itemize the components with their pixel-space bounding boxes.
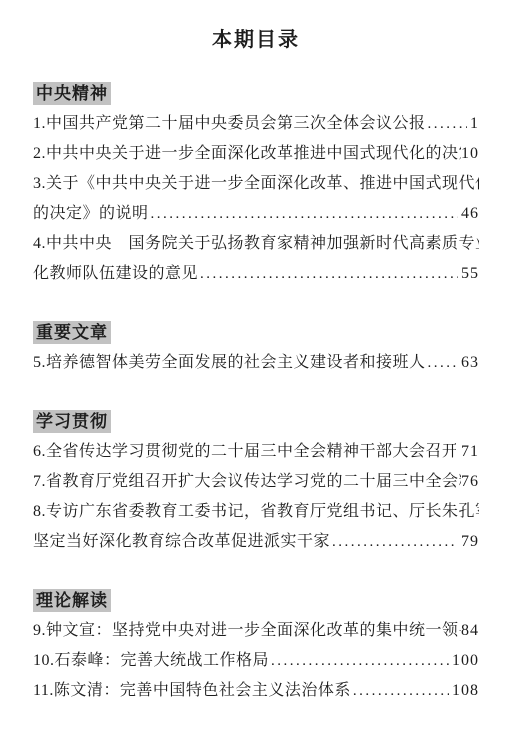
section-items: 6.全省传达学习贯彻党的二十届三中全会精神干部大会召开 ............… [33,437,479,557]
page-title: 本期目录 [33,26,479,54]
toc-page-number: 100 [452,646,479,676]
toc-item-text: 6.全省传达学习贯彻党的二十届三中全会精神干部大会召开 [33,437,456,467]
toc-item-text: 10.石泰峰：完善大统战工作格局 [33,646,269,676]
toc-page-number: 46 [461,199,479,229]
dot-leader: ........................................… [428,109,467,139]
toc-section-study-implement: 学习贯彻 6.全省传达学习贯彻党的二十届三中全会精神干部大会召开 .......… [33,410,479,557]
toc-item-text: 化教师队伍建设的意见 [33,259,198,289]
dot-leader: ........................................… [271,646,449,676]
section-items: 1.中国共产党第二十届中央委员会第三次全体会议公报 ..............… [33,109,479,289]
toc-page-number: 79 [461,527,479,557]
dot-leader: ........................................… [200,259,458,289]
toc-item-text: 1.中国共产党第二十届中央委员会第三次全体会议公报 [33,109,426,139]
toc-page-number: 71 [461,437,479,467]
toc-item: 6.全省传达学习贯彻党的二十届三中全会精神干部大会召开 ............… [33,437,479,467]
section-items: 9.钟文宣：坚持党中央对进一步全面深化改革的集中统一领导 84 10.石泰峰：完… [33,616,479,706]
toc-item: 1.中国共产党第二十届中央委员会第三次全体会议公报 ..............… [33,109,479,139]
section-title: 学习贯彻 [33,410,111,433]
section-title: 中央精神 [33,82,111,105]
dot-leader: ........................................… [332,527,458,557]
toc-item-text: 9.钟文宣：坚持党中央对进一步全面深化改革的集中统一领导 [33,616,461,646]
toc-item: 3.关于《中共中央关于进一步全面深化改革、推进中国式现代化 的决定》的说明 ..… [33,169,479,229]
toc-item-text: 2.中共中央关于进一步全面深化改革推进中国式现代化的决定 [33,139,461,169]
toc-page-number: 10 [461,139,479,169]
toc-page-number: 63 [461,348,479,378]
toc-item: 5.培养德智体美劳全面发展的社会主义建设者和接班人 ..............… [33,348,479,378]
toc-item: 8.专访广东省委教育工委书记，省教育厅党组书记、厅长朱孔军： 坚定当好深化教育综… [33,497,479,557]
toc-page-number: 1 [470,109,479,139]
toc-page-number: 55 [461,259,479,289]
toc-section-theory-interpretation: 理论解读 9.钟文宣：坚持党中央对进一步全面深化改革的集中统一领导 84 10.… [33,589,479,706]
toc-page-number: 84 [461,616,479,646]
dot-leader: ........................................… [151,199,458,229]
toc-item: 11.陈文清：完善中国特色社会主义法治体系 ..................… [33,676,479,706]
toc-item-text: 7.省教育厅党组召开扩大会议传达学习党的二十届三中全会精神 [33,467,461,497]
toc-item-text: 坚定当好深化教育综合改革促进派实干家 [33,527,330,557]
toc-item: 9.钟文宣：坚持党中央对进一步全面深化改革的集中统一领导 84 [33,616,479,646]
toc-item: 7.省教育厅党组召开扩大会议传达学习党的二十届三中全会精神 76 [33,467,479,497]
toc-item-text-line1: 3.关于《中共中央关于进一步全面深化改革、推进中国式现代化 [33,169,479,199]
toc-item: 10.石泰峰：完善大统战工作格局 .......................… [33,646,479,676]
section-title: 理论解读 [33,589,111,612]
dot-leader: ........................................… [353,676,449,706]
toc-item-text-line1: 4.中共中央 国务院关于弘扬教育家精神加强新时代高素质专业 [33,229,479,259]
section-title: 重要文章 [33,321,111,344]
toc-item-text: 的决定》的说明 [33,199,149,229]
toc-item-text-line1: 8.专访广东省委教育工委书记，省教育厅党组书记、厅长朱孔军： [33,497,479,527]
toc-item: 2.中共中央关于进一步全面深化改革推进中国式现代化的决定 10 [33,139,479,169]
document-page: 本期目录 中央精神 1.中国共产党第二十届中央委员会第三次全体会议公报 ....… [0,0,513,737]
dot-leader: ........................................… [428,348,458,378]
toc-section-important-articles: 重要文章 5.培养德智体美劳全面发展的社会主义建设者和接班人 .........… [33,321,479,378]
toc-page-number: 76 [461,467,479,497]
toc-page-number: 108 [452,676,479,706]
section-items: 5.培养德智体美劳全面发展的社会主义建设者和接班人 ..............… [33,348,479,378]
toc-section-central-spirit: 中央精神 1.中国共产党第二十届中央委员会第三次全体会议公报 .........… [33,82,479,289]
toc-item-text: 5.培养德智体美劳全面发展的社会主义建设者和接班人 [33,348,426,378]
toc-item: 4.中共中央 国务院关于弘扬教育家精神加强新时代高素质专业 化教师队伍建设的意见… [33,229,479,289]
toc-item-text: 11.陈文清：完善中国特色社会主义法治体系 [33,676,351,706]
